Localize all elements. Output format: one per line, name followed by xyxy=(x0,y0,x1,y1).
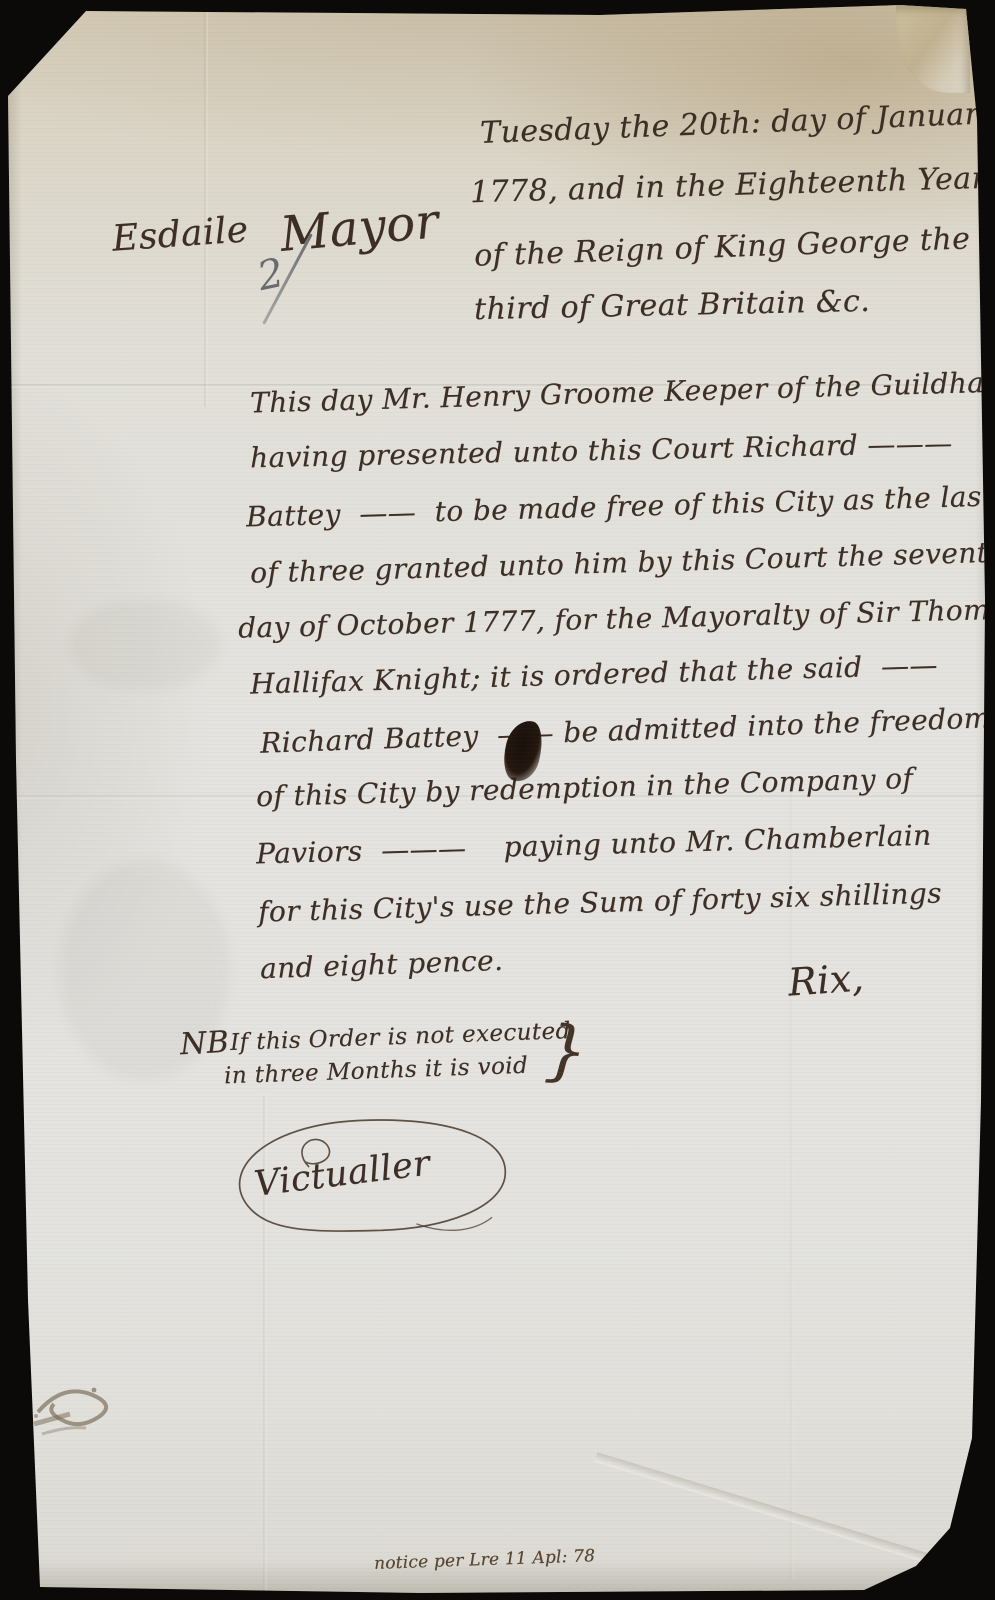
body-line: This day Mr. Henry Groome Keeper of the … xyxy=(250,365,995,419)
body-line: for this City's use the Sum of forty six… xyxy=(258,876,943,928)
paper-corner-fold xyxy=(896,5,970,93)
date-heading-line-1: Tuesday the 20th: day of January xyxy=(480,96,995,151)
body-line: of this City by redemption in the Compan… xyxy=(256,762,914,813)
nb-label: NB xyxy=(179,1025,230,1063)
nb-brace: } xyxy=(542,1011,590,1091)
body-line: Battey —— to be made free of this City a… xyxy=(246,480,994,534)
ink-smudge xyxy=(28,1368,168,1448)
diagonal-crease xyxy=(595,1452,995,1587)
clerk-signature: Rix, xyxy=(787,955,866,1004)
body-line: and eight pence. xyxy=(259,944,503,985)
nb-line-1: If this Order is not executed xyxy=(230,1018,571,1056)
show-through-stain xyxy=(70,600,220,690)
body-line: Paviors ——— paying unto Mr. Chamberlain xyxy=(256,819,932,871)
body-line: of three granted unto him by this Court … xyxy=(250,535,995,589)
manuscript-paper: Tuesday the 20th: day of January 1778, a… xyxy=(0,0,995,1600)
body-line: day of October 1777, for the Mayoralty o… xyxy=(238,592,995,644)
date-heading-line-4: third of Great Britain &c. xyxy=(474,284,871,327)
trade-annotation-group: Victualler xyxy=(206,1087,528,1263)
body-line: having presented unto this Court Richard… xyxy=(250,427,953,475)
vertical-fold-crease xyxy=(204,12,208,407)
body-line: Richard Battey —— be admitted into the f… xyxy=(260,701,991,759)
date-heading-line-3: of the Reign of King George the xyxy=(474,221,971,273)
filing-note: notice per Lre 11 Apl: 78 xyxy=(374,1546,596,1574)
date-heading-line-2: 1778, and in the Eighteenth Year xyxy=(470,161,987,210)
nb-line-2: in three Months it is void xyxy=(224,1053,529,1090)
mayor-name: Esdaile xyxy=(111,209,250,259)
document-scan: Tuesday the 20th: day of January 1778, a… xyxy=(0,0,995,1600)
body-line: Hallifax Knight; it is ordered that the … xyxy=(250,648,939,700)
